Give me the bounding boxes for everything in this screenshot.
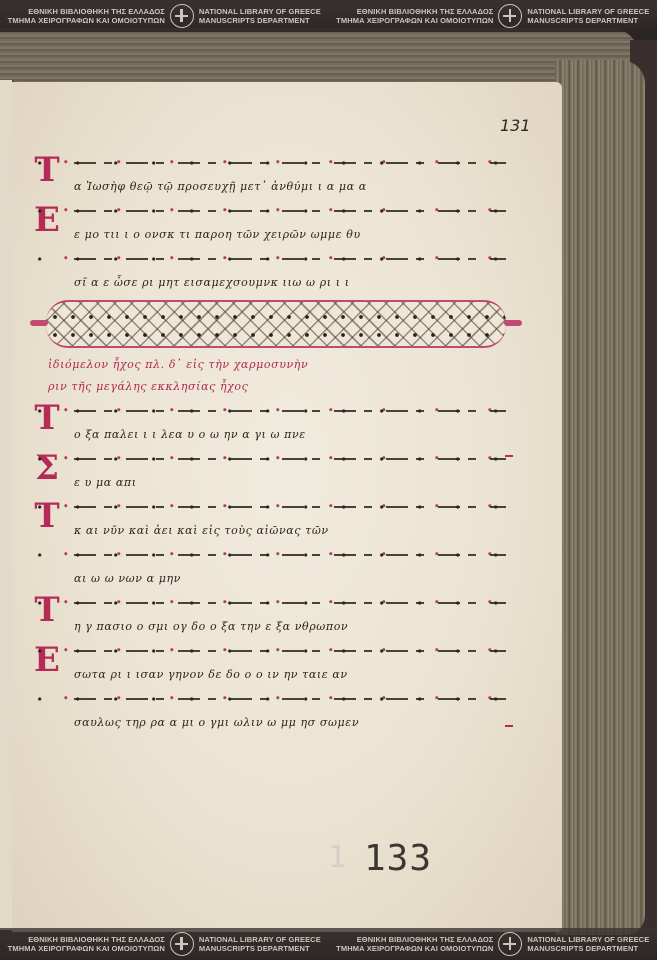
lyric-line: ε μο τιι ι ο ονσκ τι παροη τῶν χειρῶν ωμ… bbox=[34, 224, 514, 246]
watermark-english-line2: MANUSCRIPTS DEPARTMENT bbox=[527, 944, 649, 953]
stamped-page-number: 133 bbox=[364, 838, 432, 879]
watermark-english-line1: NATIONAL LIBRARY OF GREECE bbox=[527, 935, 649, 944]
lyric-line: ο ξα παλει ι ι λεα υ ο ω ην α γι ω πνε bbox=[34, 424, 514, 446]
chant-block-3: Τ η γ πασιο ο σμι ογ δο ο ξα την ε ξα νθ… bbox=[34, 590, 514, 734]
lyric-line: κ αι νῦν καὶ ἀει καὶ εἰς τοὺς αἰῶνας τῶν bbox=[34, 520, 514, 542]
lyric-line: η γ πασιο ο σμι ογ δο ο ξα την ε ξα νθρω… bbox=[34, 616, 514, 638]
rubric-line: ριν τῆς μεγάλης εκκλησίας ἦχος bbox=[34, 376, 514, 398]
watermark-greek-line1: ΕΘΝΙΚΗ ΒΙΒΛΙΟΘΗΚΗ ΤΗΣ ΕΛΛΑΔΟΣ bbox=[336, 935, 493, 944]
ornamental-headpiece bbox=[46, 300, 506, 348]
watermark-greek-line2: ΤΜΗΜΑ ΧΕΙΡΟΓΡΑΦΩΝ ΚΑΙ ΟΜΟΙΟΤΥΠΩΝ bbox=[8, 16, 165, 25]
lyric-line: σωτα ρι ι ισαν γηνον δε δο ο ο ιν ην ται… bbox=[34, 664, 514, 686]
watermark-english-line2: MANUSCRIPTS DEPARTMENT bbox=[527, 16, 649, 25]
neume-line bbox=[34, 494, 514, 520]
neume-line bbox=[34, 246, 514, 272]
watermark-greek-line1: ΕΘΝΙΚΗ ΒΙΒΛΙΟΘΗΚΗ ΤΗΣ ΕΛΛΑΔΟΣ bbox=[336, 7, 493, 16]
rubric-line: ἰδιόμελον ἦχος πλ. δ᾽ εἰς τὴν χαρμοσυνὴν bbox=[34, 354, 514, 376]
lyric-line: αι ω ω νων α μην bbox=[34, 568, 514, 590]
lyric-line: σῖ α ε ὦσε ρι μητ εισαμεχσουμνκ ιιω ω ρι… bbox=[34, 272, 514, 294]
watermark-group-2: ΕΘΝΙΚΗ ΒΙΒΛΙΟΘΗΚΗ ΤΗΣ ΕΛΛΑΔΟΣ ΤΜΗΜΑ ΧΕΙΡ… bbox=[336, 932, 649, 956]
manuscript-content: Τ α Ἰωσὴφ θεῷ τῷ προσευχῇ μετ᾽ ἀνθύμι ι … bbox=[34, 150, 514, 734]
book-top-edge bbox=[0, 28, 640, 90]
watermark-english-line1: NATIONAL LIBRARY OF GREECE bbox=[199, 935, 321, 944]
margin-mark bbox=[505, 455, 513, 457]
watermark-english-line1: NATIONAL LIBRARY OF GREECE bbox=[199, 7, 321, 16]
watermark-greek-line1: ΕΘΝΙΚΗ ΒΙΒΛΙΟΘΗΚΗ ΤΗΣ ΕΛΛΑΔΟΣ bbox=[8, 935, 165, 944]
cross-seal-icon bbox=[498, 932, 522, 956]
cross-seal-icon bbox=[170, 4, 194, 28]
margin-mark bbox=[505, 725, 513, 727]
chant-block-1: Τ α Ἰωσὴφ θεῷ τῷ προσευχῇ μετ᾽ ἀνθύμι ι … bbox=[34, 150, 514, 294]
cross-seal-icon bbox=[170, 932, 194, 956]
lyric-line: σαυλως τηρ ρα α μι ο γμι ωλιν ω μμ ησ σω… bbox=[34, 712, 514, 734]
watermark-english-line2: MANUSCRIPTS DEPARTMENT bbox=[199, 16, 321, 25]
chant-block-2: Τ ο ξα παλει ι ι λεα υ ο ω ην α γι ω πνε… bbox=[34, 398, 514, 590]
watermark-group-1: ΕΘΝΙΚΗ ΒΙΒΛΙΟΘΗΚΗ ΤΗΣ ΕΛΛΑΔΟΣ ΤΜΗΜΑ ΧΕΙΡ… bbox=[8, 4, 321, 28]
watermark-greek-line1: ΕΘΝΙΚΗ ΒΙΒΛΙΟΘΗΚΗ ΤΗΣ ΕΛΛΑΔΟΣ bbox=[8, 7, 165, 16]
watermark-group-2: ΕΘΝΙΚΗ ΒΙΒΛΙΟΘΗΚΗ ΤΗΣ ΕΛΛΑΔΟΣ ΤΜΗΜΑ ΧΕΙΡ… bbox=[336, 4, 649, 28]
neume-line bbox=[34, 198, 514, 224]
watermark-greek-line2: ΤΜΗΜΑ ΧΕΙΡΟΓΡΑΦΩΝ ΚΑΙ ΟΜΟΙΟΤΥΠΩΝ bbox=[336, 944, 493, 953]
watermark-greek-line2: ΤΜΗΜΑ ΧΕΙΡΟΓΡΑΦΩΝ ΚΑΙ ΟΜΟΙΟΤΥΠΩΝ bbox=[336, 16, 493, 25]
neume-line bbox=[34, 542, 514, 568]
neume-line bbox=[34, 686, 514, 712]
watermark-greek-line2: ΤΜΗΜΑ ΧΕΙΡΟΓΡΑΦΩΝ ΚΑΙ ΟΜΟΙΟΤΥΠΩΝ bbox=[8, 944, 165, 953]
watermark-english-line2: MANUSCRIPTS DEPARTMENT bbox=[199, 944, 321, 953]
neume-line bbox=[34, 638, 514, 664]
book-page-edges bbox=[555, 60, 645, 935]
watermark-header: ΕΘΝΙΚΗ ΒΙΒΛΙΟΘΗΚΗ ΤΗΣ ΕΛΛΑΔΟΣ ΤΜΗΜΑ ΧΕΙΡ… bbox=[0, 0, 657, 32]
watermark-footer: ΕΘΝΙΚΗ ΒΙΒΛΙΟΘΗΚΗ ΤΗΣ ΕΛΛΑΔΟΣ ΤΜΗΜΑ ΧΕΙΡ… bbox=[0, 928, 657, 960]
neume-line bbox=[34, 398, 514, 424]
cross-seal-icon bbox=[498, 4, 522, 28]
folio-number: 131 bbox=[500, 116, 531, 135]
watermark-english-line1: NATIONAL LIBRARY OF GREECE bbox=[527, 7, 649, 16]
watermark-group-1: ΕΘΝΙΚΗ ΒΙΒΛΙΟΘΗΚΗ ΤΗΣ ΕΛΛΑΔΟΣ ΤΜΗΜΑ ΧΕΙΡ… bbox=[8, 932, 321, 956]
neume-line bbox=[34, 150, 514, 176]
neume-line bbox=[34, 446, 514, 472]
lyric-line: ε υ μα απι bbox=[34, 472, 514, 494]
neume-line bbox=[34, 590, 514, 616]
lyric-line: α Ἰωσὴφ θεῷ τῷ προσευχῇ μετ᾽ ἀνθύμι ι α … bbox=[34, 176, 514, 198]
faded-stamp: 1 bbox=[328, 840, 346, 875]
